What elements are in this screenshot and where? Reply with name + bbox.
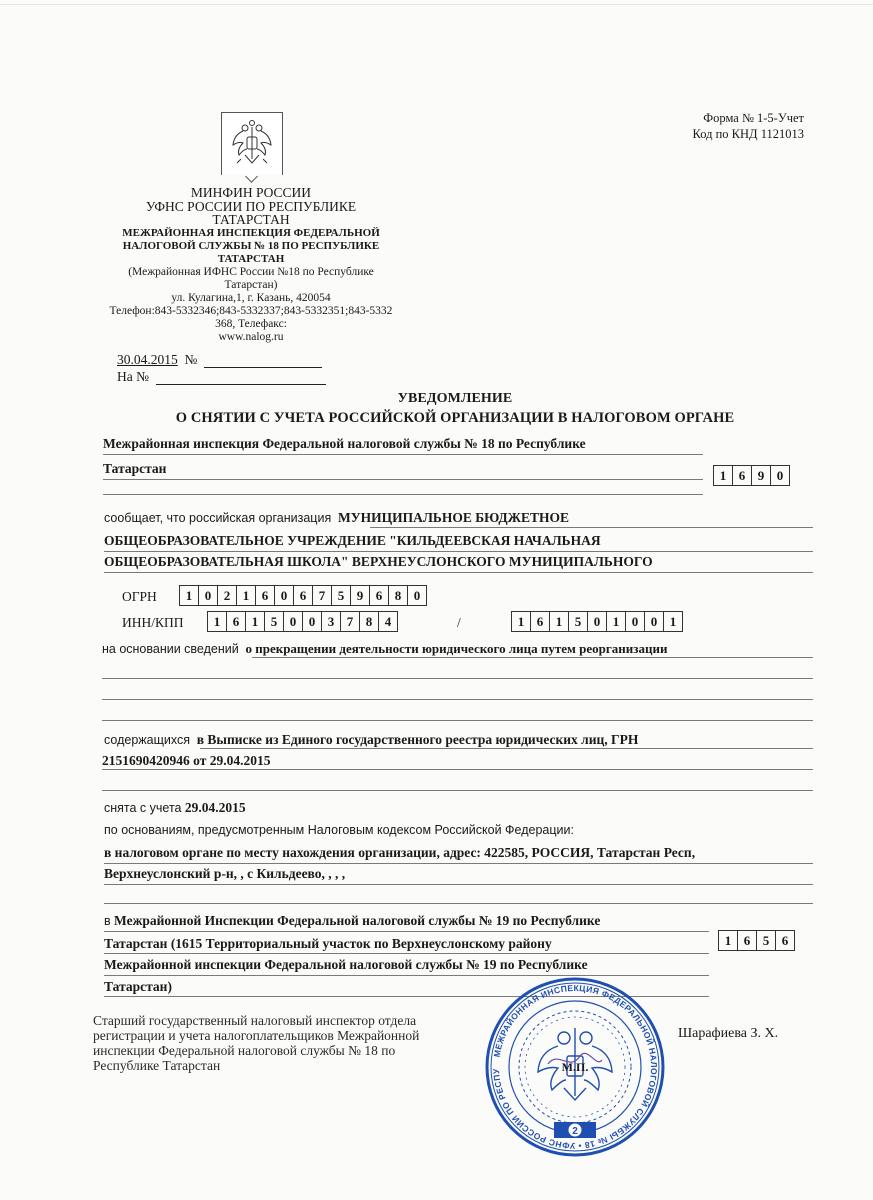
- kpp-digit: 1: [550, 612, 569, 631]
- kpp-digit: 1: [664, 612, 682, 631]
- document-date: 30.04.2015: [117, 352, 178, 367]
- issuer-phone-line1: Телефон:843-5332346;843-5332337;843-5332…: [88, 305, 414, 318]
- organization-name-line1: МУНИЦИПАЛЬНОЕ БЮДЖЕТНОЕ: [338, 510, 569, 525]
- official-stamp: МЕЖРАЙОННАЯ ИНСПЕКЦИЯ ФЕДЕРАЛЬНОЙ НАЛОГО…: [484, 976, 666, 1163]
- ogrn-digit: 8: [389, 586, 408, 605]
- form-code-block: Форма № 1-5-Учет Код по КНД 1121013: [670, 110, 804, 142]
- code-digit: 6: [738, 931, 757, 950]
- kpp-digit: 1: [512, 612, 531, 631]
- stamp-mark-label: М.П.: [562, 1060, 589, 1074]
- stamp-number: 2: [572, 1126, 578, 1137]
- inn-kpp-separator: /: [457, 615, 461, 631]
- underline: [102, 678, 813, 679]
- organization-label: сообщает, что российская организация: [104, 511, 331, 525]
- issuer-department: УФНС РОССИИ ПО РЕСПУБЛИКЕ: [88, 200, 414, 214]
- issuer-inspection-line1: МЕЖРАЙОННАЯ ИНСПЕКЦИЯ ФЕДЕРАЛЬНОЙ: [88, 227, 414, 240]
- new-authority-line1: Межрайонной Инспекции Федеральной налого…: [114, 913, 600, 928]
- double-headed-eagle-icon: [231, 119, 273, 167]
- ogrn-digit: 0: [275, 586, 294, 605]
- document-subtitle: О СНЯТИИ С УЧЕТА РОССИЙСКОЙ ОРГАНИЗАЦИИ …: [100, 410, 810, 427]
- new-authority-code-cells: 1 6 5 6: [718, 930, 795, 951]
- deregistration-place-line1: в налоговом органе по месту нахождения о…: [104, 845, 695, 861]
- issuer-short-name-line1: (Межрайонная ИФНС России №18 по Республи…: [88, 266, 414, 279]
- new-authority-line4: Татарстан): [104, 979, 172, 995]
- issuer-inspection-line3: ТАТАРСТАН: [88, 253, 414, 266]
- scan-edge: [0, 4, 873, 5]
- organization-row: сообщает, что российская организация МУН…: [104, 510, 569, 526]
- ogrn-digit: 6: [294, 586, 313, 605]
- underline: [104, 551, 813, 552]
- inn-kpp-label: ИНН/КПП: [122, 615, 184, 631]
- new-authority-line3: Межрайонной инспекции Федеральной налого…: [104, 957, 588, 973]
- ogrn-digit: 2: [218, 586, 237, 605]
- coat-of-arms-emblem: [221, 112, 283, 175]
- round-seal-icon: МЕЖРАЙОННАЯ ИНСПЕКЦИЯ ФЕДЕРАЛЬНОЙ НАЛОГО…: [484, 976, 666, 1158]
- inn-digit: 1: [208, 612, 227, 631]
- document-number-field: [204, 353, 322, 368]
- underline: [104, 884, 813, 885]
- underline: [104, 572, 813, 573]
- code-digit: 1: [714, 466, 733, 485]
- on-number-label: На №: [117, 369, 149, 384]
- kpp-cells: 1 6 1 5 0 1 0 0 1: [511, 611, 683, 632]
- organization-name-line2: ОБЩЕОБРАЗОВАТЕЛЬНОЕ УЧРЕЖДЕНИЕ "КИЛЬДЕЕВ…: [104, 533, 601, 549]
- authority-line2: Татарстан: [103, 461, 166, 477]
- kpp-digit: 6: [531, 612, 550, 631]
- code-digit: 0: [771, 466, 789, 485]
- underline: [103, 454, 703, 455]
- deregistration-place-line2: Верхнеуслонский р-н, , с Кильдеево, , , …: [104, 866, 345, 882]
- ogrn-digit: 0: [199, 586, 218, 605]
- issuer-inspection-line2: НАЛОГОВОЙ СЛУЖБЫ № 18 ПО РЕСПУБЛИКЕ: [88, 240, 414, 253]
- issuer-phone-line2: 368, Телефакс:: [88, 318, 414, 331]
- issuer-ministry: МИНФИН РОССИИ: [88, 186, 414, 200]
- code-digit: 6: [776, 931, 794, 950]
- reference-block: 30.04.2015 № На №: [117, 352, 326, 385]
- underline: [200, 748, 813, 749]
- deregistration-date: 29.04.2015: [185, 800, 246, 815]
- kpp-digit: 5: [569, 612, 588, 631]
- source-row: содержащихся в Выписке из Единого госуда…: [104, 732, 638, 748]
- issuer-region: ТАТАРСТАН: [88, 213, 414, 227]
- authority-code-cells: 1 6 9 0: [713, 465, 790, 486]
- underline: [104, 903, 813, 904]
- form-number: Форма № 1-5-Учет: [670, 110, 804, 126]
- number-label: №: [185, 352, 198, 367]
- inn-digit: 6: [227, 612, 246, 631]
- inn-digit: 3: [322, 612, 341, 631]
- signer-position-line3: инспекции Федеральной налоговой службы №…: [93, 1043, 493, 1058]
- underline: [102, 699, 813, 700]
- code-digit: 1: [719, 931, 738, 950]
- issuer-address: ул. Кулагина,1, г. Казань, 420054: [88, 292, 414, 305]
- code-digit: 6: [733, 466, 752, 485]
- organization-name-line3: ОБЩЕОБРАЗОВАТЕЛЬНАЯ ШКОЛА" ВЕРХНЕУСЛОНСК…: [104, 554, 653, 570]
- ogrn-cells: 1 0 2 1 6 0 6 7 5 9 6 8 0: [179, 585, 427, 606]
- new-authority-row: в Межрайонной Инспекции Федеральной нало…: [104, 913, 600, 929]
- ogrn-digit: 5: [332, 586, 351, 605]
- deregistration-row: снята с учета 29.04.2015: [104, 800, 246, 816]
- inn-digit: 8: [360, 612, 379, 631]
- on-number-field: [156, 370, 326, 385]
- inn-digit: 0: [284, 612, 303, 631]
- ogrn-digit: 9: [351, 586, 370, 605]
- underline: [103, 494, 703, 495]
- issuer-short-name-line2: Татарстан): [88, 279, 414, 292]
- inn-digit: 4: [379, 612, 397, 631]
- underline: [104, 953, 709, 954]
- kpp-digit: 0: [626, 612, 645, 631]
- document-title: УВЕДОМЛЕНИЕ: [100, 391, 810, 407]
- underline: [252, 657, 813, 658]
- signer-position-line1: Старший государственный налоговый инспек…: [93, 1013, 493, 1028]
- signer-name: Шарафиева З. Х.: [678, 1026, 778, 1042]
- issuer-website: www.nalog.ru: [88, 331, 414, 344]
- signer-position: Старший государственный налоговый инспек…: [93, 1013, 493, 1073]
- underline: [102, 720, 813, 721]
- kpp-digit: 0: [645, 612, 664, 631]
- underline: [104, 863, 813, 864]
- issuer-block: МИНФИН РОССИИ УФНС РОССИИ ПО РЕСПУБЛИКЕ …: [88, 186, 414, 344]
- signer-position-line2: регистрации и учета налогоплательщиков М…: [93, 1028, 493, 1043]
- underline: [370, 527, 813, 528]
- inn-digit: 7: [341, 612, 360, 631]
- kpp-digit: 1: [607, 612, 626, 631]
- knd-code: Код по КНД 1121013: [670, 126, 804, 142]
- new-authority-prefix: в: [104, 914, 111, 928]
- basis-value: о прекращении деятельности юридического …: [245, 641, 667, 656]
- ogrn-digit: 6: [256, 586, 275, 605]
- ogrn-digit: 1: [180, 586, 199, 605]
- inn-digit: 5: [265, 612, 284, 631]
- deregistration-grounds: по основаниям, предусмотренным Налоговым…: [104, 823, 574, 837]
- code-digit: 5: [757, 931, 776, 950]
- underline: [104, 931, 709, 932]
- ogrn-digit: 0: [408, 586, 426, 605]
- deregistration-label: снята с учета: [104, 801, 182, 815]
- source-line1: в Выписке из Единого государственного ре…: [197, 732, 639, 747]
- underline: [102, 769, 813, 770]
- ogrn-digit: 7: [313, 586, 332, 605]
- authority-line1: Межрайонная инспекция Федеральной налого…: [103, 436, 586, 452]
- ogrn-label: ОГРН: [122, 589, 157, 605]
- source-label: содержащихся: [104, 733, 190, 747]
- ogrn-digit: 6: [370, 586, 389, 605]
- underline: [102, 790, 813, 791]
- new-authority-line2: Татарстан (1615 Территориальный участок …: [104, 936, 552, 952]
- code-digit: 9: [752, 466, 771, 485]
- signer-position-line4: Республике Татарстан: [93, 1058, 493, 1073]
- basis-row: на основании сведений о прекращении деят…: [102, 641, 667, 657]
- inn-digit: 0: [303, 612, 322, 631]
- ogrn-digit: 1: [237, 586, 256, 605]
- underline: [103, 479, 703, 480]
- inn-cells: 1 6 1 5 0 0 3 7 8 4: [207, 611, 398, 632]
- kpp-digit: 0: [588, 612, 607, 631]
- inn-digit: 1: [246, 612, 265, 631]
- source-line2: 2151690420946 от 29.04.2015: [102, 753, 270, 769]
- basis-label: на основании сведений: [102, 642, 239, 656]
